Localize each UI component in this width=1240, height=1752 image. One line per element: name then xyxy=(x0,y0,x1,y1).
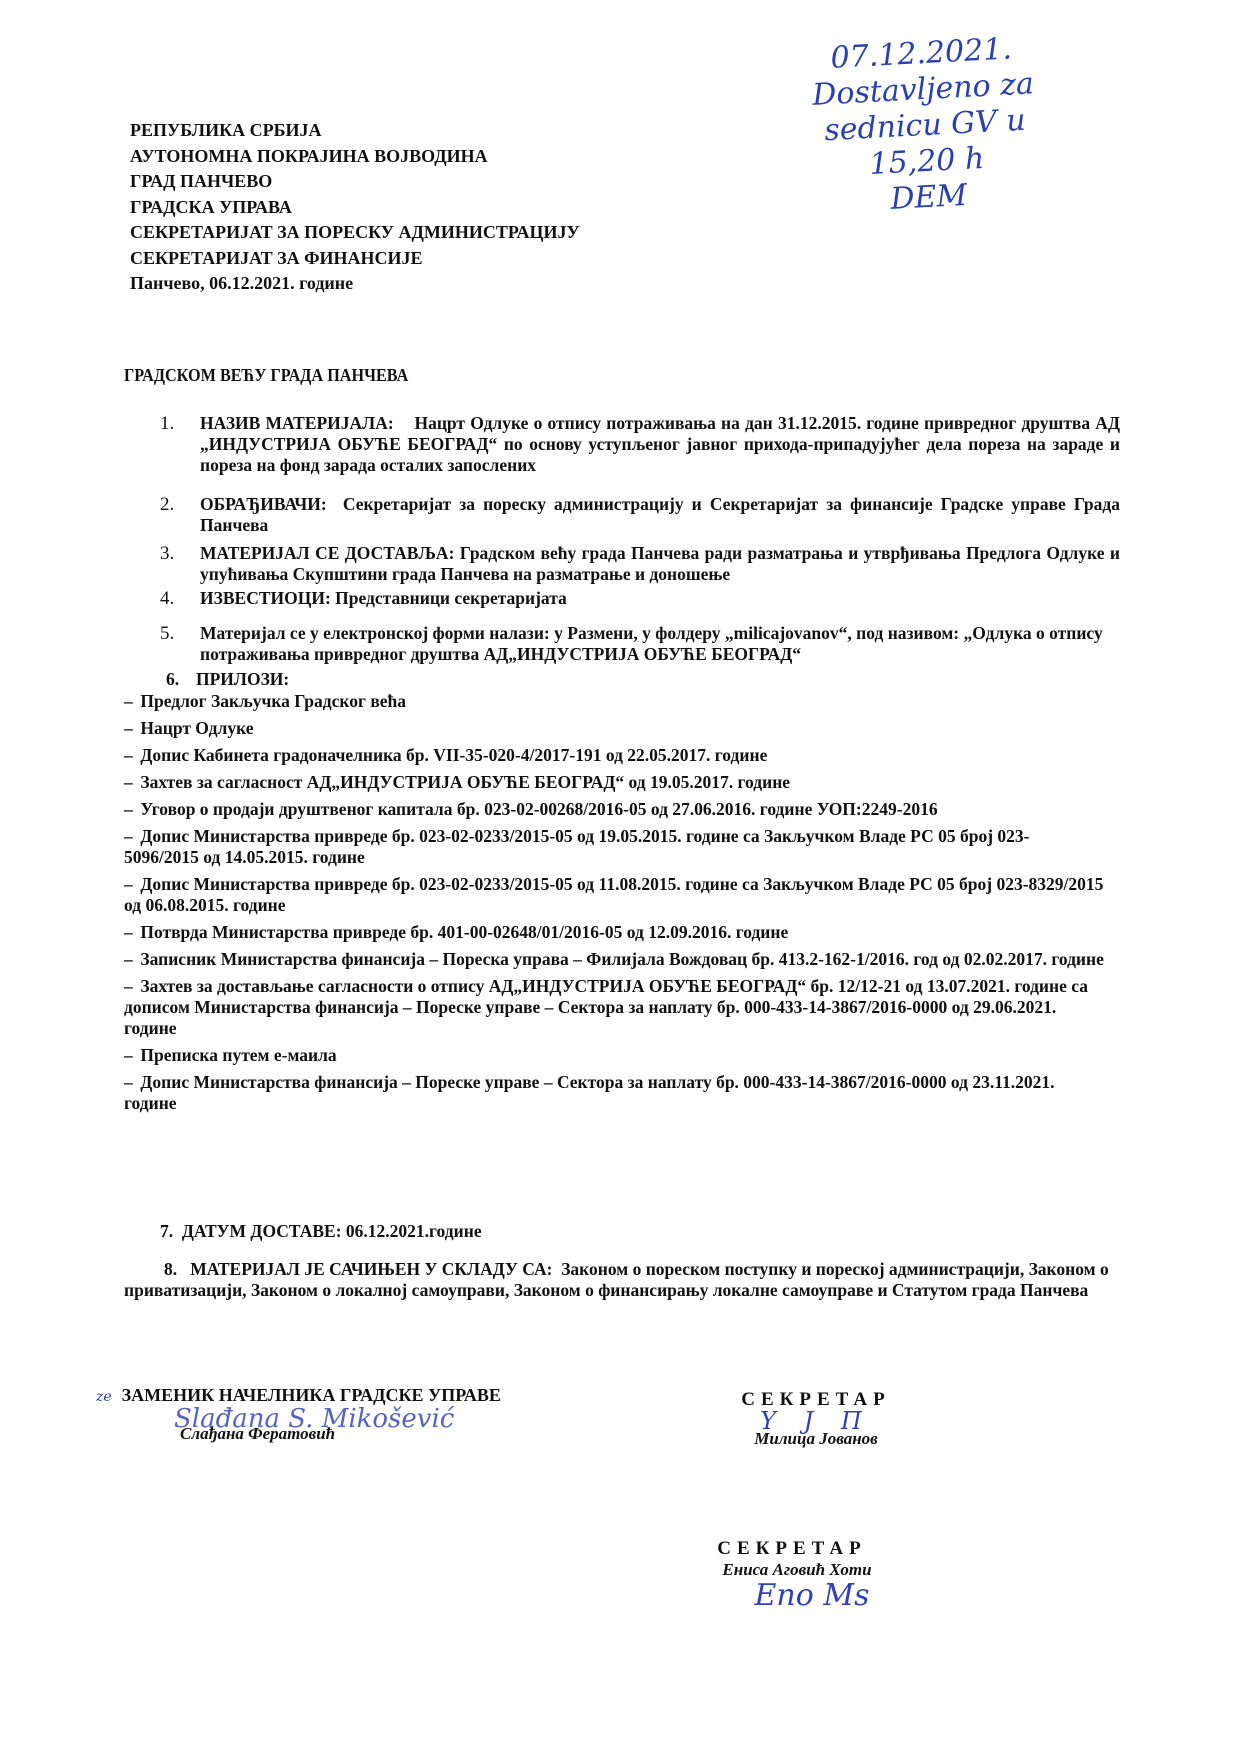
item-number: 3. xyxy=(160,543,174,564)
signature-block-deputy: ze ЗАМЕНИК НАЧЕЛНИКА ГРАДСКЕ УПРАВЕ Slađ… xyxy=(96,1385,501,1444)
attachment-item: – Захтев за сагласност АД„ИНДУСТРИЈА ОБУ… xyxy=(124,772,1104,793)
attachment-item: – Захтев за достављање сагласности о отп… xyxy=(124,976,1104,1039)
signature-block-secretary-1: СЕКРЕТАР Y J П Милица Јованов xyxy=(716,1389,916,1449)
dash-bullet: – xyxy=(124,922,136,943)
signatory-title: ЗАМЕНИК НАЧЕЛНИКА ГРАДСКЕ УПРАВЕ xyxy=(122,1385,501,1405)
dash-bullet: – xyxy=(124,691,136,712)
item-6: 6. ПРИЛОЗИ: xyxy=(166,669,1126,690)
header-line-province: АУТОНОМНА ПОКРАЈИНА ВОЈВОДИНА xyxy=(130,144,580,170)
signatory-name: Милица Јованов xyxy=(716,1429,916,1449)
item-2: 2. ОБРАЂИВАЧИ: Секретаријат за пореску а… xyxy=(160,494,1120,536)
item-number: 1. xyxy=(160,413,174,434)
section-text: 06.12.2021.године xyxy=(346,1221,482,1241)
header-line-city: ГРАД ПАНЧЕВО xyxy=(130,169,580,195)
section-8-legal-basis: 8. МАТЕРИЈАЛ ЈЕ САЧИЊЕН У СКЛАДУ СА: Зак… xyxy=(124,1259,1114,1301)
attachment-text: Допис Кабинета градоначелника бр. VII-35… xyxy=(140,745,767,765)
dash-bullet: – xyxy=(124,826,136,847)
dash-bullet: – xyxy=(124,874,136,895)
attachment-text: Захтев за достављање сагласности о отпис… xyxy=(124,976,1088,1038)
section-label: МАТЕРИЈАЛ ЈЕ САЧИЊЕН У СКЛАДУ СА: xyxy=(190,1259,552,1279)
item-text: Представници секретаријата xyxy=(335,588,567,608)
item-text: Материјал се у електронској форми налази… xyxy=(200,623,1103,664)
attachment-text: Потврда Министарства привреде бр. 401-00… xyxy=(140,922,788,942)
attachment-text: Допис Министарства привреде бр. 023-02-0… xyxy=(124,826,1030,867)
attachment-text: Записник Министарства финансија – Пореск… xyxy=(140,949,1103,969)
attachment-text: Нацрт Одлуке xyxy=(140,718,253,738)
attachment-item: – Допис Министарства финансија – Пореске… xyxy=(124,1072,1104,1114)
document-header: РЕПУБЛИКА СРБИЈА АУТОНОМНА ПОКРАЈИНА ВОЈ… xyxy=(130,118,580,297)
item-number: 5. xyxy=(160,623,174,644)
header-line-finance-secretariat: СЕКРЕТАРИЈАТ ЗА ФИНАНСИЈЕ xyxy=(130,246,580,272)
dash-bullet: – xyxy=(124,745,136,766)
attachment-item: – Допис Министарства привреде бр. 023-02… xyxy=(124,874,1104,916)
item-number: 4. xyxy=(160,588,174,609)
attachment-text: Допис Министарства привреде бр. 023-02-0… xyxy=(124,874,1103,915)
item-label: ИЗВЕСТИОЦИ: xyxy=(200,588,331,608)
dash-bullet: – xyxy=(124,949,136,970)
attachment-item: – Нацрт Одлуке xyxy=(124,718,1104,739)
item-number: 2. xyxy=(160,494,174,515)
attachment-text: Допис Министарства финансија – Пореске у… xyxy=(124,1072,1054,1113)
attachment-text: Уговор о продаји друштвеног капитала бр.… xyxy=(140,799,937,819)
item-label: МАТЕРИЈАЛ СЕ ДОСТАВЉА: xyxy=(200,543,454,563)
section-number: 8. xyxy=(124,1259,177,1279)
dash-bullet: – xyxy=(124,1045,136,1066)
dash-bullet: – xyxy=(124,1072,136,1093)
attachment-text: Захтев за сагласност АД„ИНДУСТРИЈА ОБУЋЕ… xyxy=(140,772,790,792)
attachment-item: – Допис Кабинета градоначелника бр. VII-… xyxy=(124,745,1104,766)
signatory-name: Ениса Аговић Хоти xyxy=(702,1560,892,1580)
attachment-item: – Преписка путем е-маила xyxy=(124,1045,1104,1066)
signature-block-secretary-2: СЕКРЕТАР Ениса Аговић Хоти Eno Ms xyxy=(692,1538,892,1613)
signatory-title: СЕКРЕТАР xyxy=(692,1538,892,1560)
item-3: 3. МАТЕРИЈАЛ СЕ ДОСТАВЉА: Градском већу … xyxy=(160,543,1120,585)
item-5: 5. Материјал се у електронској форми нал… xyxy=(160,623,1120,665)
attachment-item: – Записник Министарства финансија – Поре… xyxy=(124,949,1104,970)
attachment-item: – Предлог Закључка Градског већа xyxy=(124,691,1104,712)
item-4: 4. ИЗВЕСТИОЦИ: Представници секретаријат… xyxy=(160,588,1120,609)
header-line-tax-secretariat: СЕКРЕТАРИЈАТ ЗА ПОРЕСКУ АДМИНИСТРАЦИЈУ xyxy=(130,220,580,246)
section-label: ДАТУМ ДОСТАВЕ: xyxy=(182,1221,342,1241)
header-line-place-date: Панчево, 06.12.2021. године xyxy=(130,271,580,297)
attachment-text: Предлог Закључка Градског већа xyxy=(140,691,406,711)
dash-bullet: – xyxy=(124,718,136,739)
dash-bullet: – xyxy=(124,799,136,820)
handwritten-signature: Eno Ms xyxy=(732,1578,892,1613)
dash-bullet: – xyxy=(124,976,136,997)
attachment-item: – Допис Министарства привреде бр. 023-02… xyxy=(124,826,1104,868)
recipient-heading: ГРАДСКОМ ВЕЋУ ГРАДА ПАНЧЕВА xyxy=(124,365,408,386)
item-label: НАЗИВ МАТЕРИЈАЛА: xyxy=(200,413,394,433)
attachment-item: – Уговор о продаји друштвеног капитала б… xyxy=(124,799,1104,820)
item-label: ПРИЛОЗИ: xyxy=(196,669,289,689)
handwritten-initials: ze xyxy=(96,1389,112,1405)
header-line-administration: ГРАДСКА УПРАВА xyxy=(130,195,580,221)
attachment-item: – Потврда Министарства привреде бр. 401-… xyxy=(124,922,1104,943)
section-number: 7. xyxy=(160,1221,173,1241)
dash-bullet: – xyxy=(124,772,136,793)
section-7-delivery-date: 7. ДАТУМ ДОСТАВЕ: 06.12.2021.године xyxy=(160,1221,482,1242)
attachment-text: Преписка путем е-маила xyxy=(140,1045,336,1065)
header-line-country: РЕПУБЛИКА СРБИЈА xyxy=(130,118,580,144)
handwritten-receipt-note: 07.12.2021. Dostavljeno za sednicu GV u … xyxy=(756,27,1095,224)
item-1: 1. НАЗИВ МАТЕРИЈАЛА: Нацрт Одлуке о отпи… xyxy=(160,413,1120,476)
item-label: ОБРАЂИВАЧИ: xyxy=(200,494,327,514)
attachments-list: – Предлог Закључка Градског већа– Нацрт … xyxy=(124,691,1104,1120)
item-text: Секретаријат за пореску администрацију и… xyxy=(200,494,1120,535)
item-number: 6. xyxy=(166,669,179,690)
